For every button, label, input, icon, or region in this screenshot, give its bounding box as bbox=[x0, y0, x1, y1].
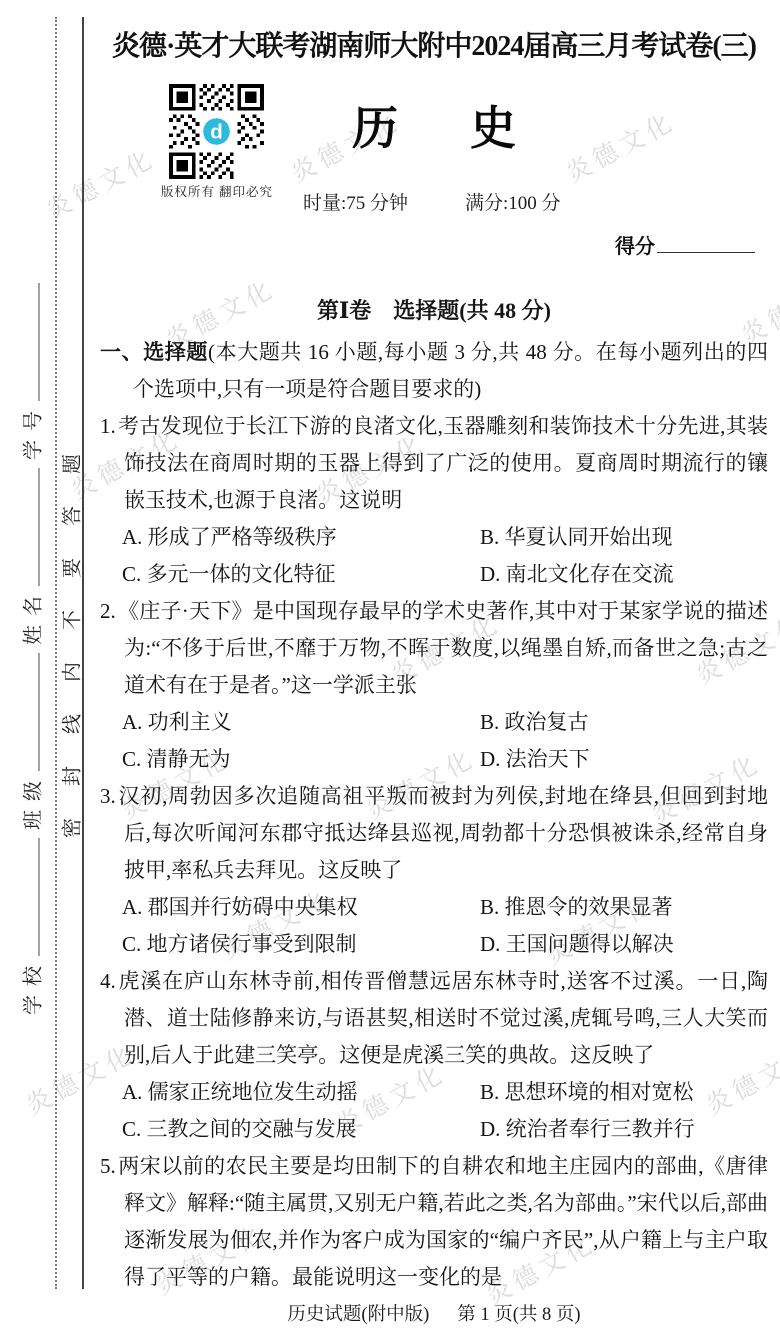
footer-page-info: 第 1 页(共 8 页) bbox=[457, 1305, 580, 1325]
field-school-label: 学 校 bbox=[23, 964, 45, 1015]
question-text: 《庄子·天下》是中国现存最早的学术史著作,其中对于某家学说的描述为:“不侈于后世… bbox=[118, 599, 768, 697]
subject-title: 历 史 bbox=[100, 100, 768, 158]
option-c: C. 清静无为 bbox=[122, 741, 480, 778]
question-text: 虎溪在庐山东林寺前,相传晋僧慧远居东林寺时,送客不过溪。一日,陶潜、道士陆修静来… bbox=[118, 969, 768, 1067]
field-class-label: 班 级 bbox=[23, 779, 45, 830]
question-number: 3. bbox=[100, 784, 116, 808]
question-block-4: 4.虎溪在庐山东林寺前,相传晋僧慧远居东林寺时,送客不过溪。一日,陶潜、道士陆修… bbox=[100, 963, 768, 1148]
student-fields-strip: 学 校班 级姓 名学 号 bbox=[17, 275, 46, 1015]
option-c: C. 地方诸侯行事受到限制 bbox=[122, 926, 480, 963]
field-school-blank bbox=[34, 838, 40, 956]
exam-title: 炎德·英才大联考湖南师大附中2024届高三月考试卷(三) bbox=[100, 24, 768, 64]
question-stem: 4.虎溪在庐山东林寺前,相传晋僧慧远居东林寺时,送客不过溪。一日,陶潜、道士陆修… bbox=[100, 963, 768, 1074]
question-number: 4. bbox=[100, 969, 116, 993]
question-text: 考古发现位于长江下游的良渚文化,玉器雕刻和装饰技术十分先进,其装饰技法在商周时期… bbox=[118, 414, 768, 512]
score-label: 得分 bbox=[615, 236, 655, 258]
score-row: 得分 bbox=[615, 230, 755, 259]
subject-char-1: 历 bbox=[352, 100, 398, 158]
field-class-blank bbox=[34, 653, 40, 771]
question-stem: 3.汉初,周勃因多次追随高祖平叛而被封为列侯,封地在绛县,但回到封地后,每次听闻… bbox=[100, 778, 768, 889]
option-b: B. 政治复古 bbox=[480, 704, 768, 741]
question-text: 汉初,周勃因多次追随高祖平叛而被封为列侯,封地在绛县,但回到封地后,每次听闻河东… bbox=[118, 784, 768, 882]
footer-doc-label: 历史试题(附中版) bbox=[287, 1305, 429, 1325]
section-label: 一、选择题 bbox=[100, 340, 208, 364]
question-number: 1. bbox=[100, 414, 116, 438]
option-a: A. 形成了严格等级秩序 bbox=[122, 519, 480, 556]
question-block-1: 1.考古发现位于长江下游的良渚文化,玉器雕刻和装饰技术十分先进,其装饰技法在商周… bbox=[100, 408, 768, 593]
qr-copyright-caption: 版权所有 翻印必究 bbox=[152, 182, 282, 200]
question-number: 2. bbox=[100, 599, 116, 623]
options-grid: A. 郡国并行妨碍中央集权 B. 推恩令的效果显著 C. 地方诸侯行事受到限制 … bbox=[100, 889, 768, 963]
field-name-label: 姓 名 bbox=[23, 594, 45, 645]
subject-char-2: 史 bbox=[470, 100, 516, 158]
full-score-label: 满分:100 分 bbox=[465, 188, 561, 215]
question-stem: 1.考古发现位于长江下游的良渚文化,玉器雕刻和装饰技术十分先进,其装饰技法在商周… bbox=[100, 408, 768, 519]
section-heading: 一、选择题(本大题共 16 小题,每小题 3 分,共 48 分。在每小题列出的四… bbox=[100, 334, 768, 408]
question-stem: 5.两宋以前的农民主要是均田制下的自耕农和地主庄园内的部曲,《唐律释文》解释:“… bbox=[100, 1148, 768, 1296]
question-block-3: 3.汉初,周勃因多次追随高祖平叛而被封为列侯,封地在绛县,但回到封地后,每次听闻… bbox=[100, 778, 768, 963]
option-a: A. 功利主义 bbox=[122, 704, 480, 741]
option-c: C. 三教之间的交融与发展 bbox=[122, 1111, 480, 1148]
exam-page: 炎德文化 炎德文化 炎德文化 炎德文化 炎德文化 炎德文化 炎德文化 炎德文化 … bbox=[0, 0, 780, 1341]
option-a: A. 儒家正统地位发生动摇 bbox=[122, 1074, 480, 1111]
option-c: C. 多元一体的文化特征 bbox=[122, 556, 480, 593]
field-studentid-label: 学 号 bbox=[23, 409, 45, 460]
exam-body: 第Ⅰ卷 选择题(共 48 分) 一、选择题(本大题共 16 小题,每小题 3 分… bbox=[100, 292, 768, 1296]
option-b: B. 推恩令的效果显著 bbox=[480, 889, 768, 926]
option-b: B. 华夏认同开始出现 bbox=[480, 519, 768, 556]
option-a: A. 郡国并行妨碍中央集权 bbox=[122, 889, 480, 926]
seal-notice-text: 密封线内不要答题 bbox=[56, 422, 85, 838]
question-block-2: 2.《庄子·天下》是中国现存最早的学术史著作,其中对于某家学说的描述为:“不侈于… bbox=[100, 593, 768, 778]
option-d: D. 南北文化存在交流 bbox=[480, 556, 768, 593]
question-block-5: 5.两宋以前的农民主要是均田制下的自耕农和地主庄园内的部曲,《唐律释文》解释:“… bbox=[100, 1148, 768, 1296]
options-grid: A. 儒家正统地位发生动摇 B. 思想环境的相对宽松 C. 三教之间的交融与发展… bbox=[100, 1074, 768, 1148]
page-footer: 历史试题(附中版)第 1 页(共 8 页) bbox=[100, 1300, 768, 1326]
section-desc: (本大题共 16 小题,每小题 3 分,共 48 分。在每小题列出的四个选项中,… bbox=[133, 340, 768, 401]
field-name-blank bbox=[34, 468, 40, 586]
option-b: B. 思想环境的相对宽松 bbox=[480, 1074, 768, 1111]
option-d: D. 统治者奉行三教并行 bbox=[480, 1111, 768, 1148]
field-studentid-blank bbox=[34, 283, 40, 401]
duration-label: 时量:75 分钟 bbox=[303, 188, 408, 215]
options-grid: A. 功利主义 B. 政治复古 C. 清静无为 D. 法治天下 bbox=[100, 704, 768, 778]
option-d: D. 法治天下 bbox=[480, 741, 768, 778]
volume-heading: 第Ⅰ卷 选择题(共 48 分) bbox=[100, 292, 768, 329]
question-number: 5. bbox=[100, 1154, 116, 1178]
question-stem: 2.《庄子·天下》是中国现存最早的学术史著作,其中对于某家学说的描述为:“不侈于… bbox=[100, 593, 768, 704]
score-blank-line bbox=[657, 247, 755, 253]
options-grid: A. 形成了严格等级秩序 B. 华夏认同开始出现 C. 多元一体的文化特征 D.… bbox=[100, 519, 768, 593]
option-d: D. 王国问题得以解决 bbox=[480, 926, 768, 963]
question-text: 两宋以前的农民主要是均田制下的自耕农和地主庄园内的部曲,《唐律释文》解释:“随主… bbox=[118, 1154, 768, 1289]
